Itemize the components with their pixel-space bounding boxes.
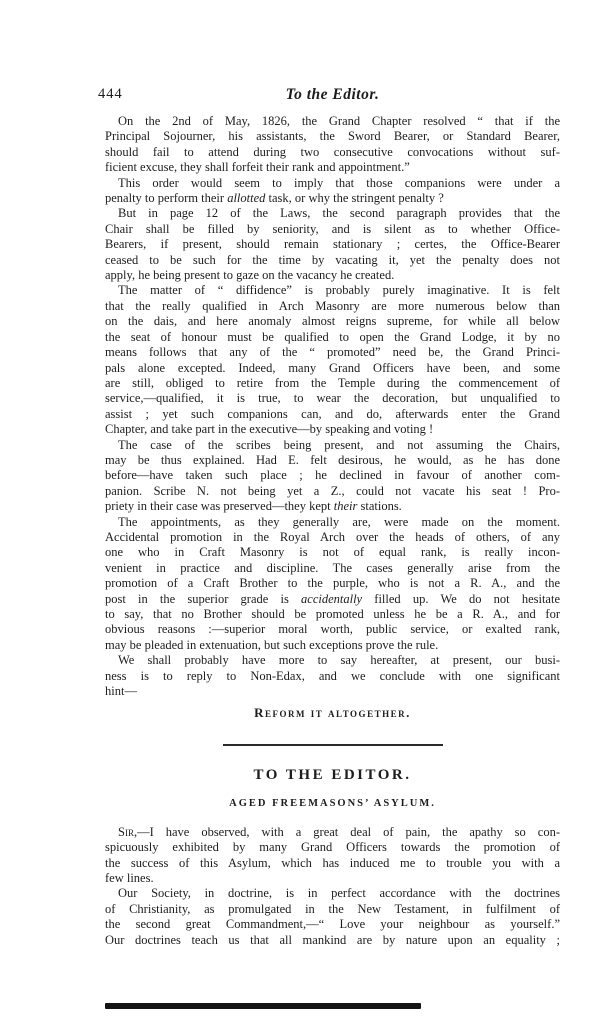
article-body: On the 2nd of May, 1826, the Grand Chapt… (105, 114, 560, 699)
paragraph: Our Society, in doctrine, is in perfect … (105, 886, 560, 948)
text-line: before—have taken such place ; he declin… (105, 468, 560, 483)
text-line: on the dais, and here anomaly almost rei… (105, 314, 560, 329)
text-line: Sir,—I have observed, with a great deal … (105, 825, 560, 840)
text-line: venient in practice and discipline. The … (105, 561, 560, 576)
text-line: means follows that any of the “ promoted… (105, 345, 560, 360)
text-line: to say, that no Brother should be promot… (105, 607, 560, 622)
text-line: panion. Scribe N. not being yet a Z., co… (105, 484, 560, 499)
text-line: of Christianity, as promulgated in the N… (105, 902, 560, 917)
running-head: 444 To the Editor. (105, 86, 560, 104)
paragraph: But in page 12 of the Laws, the second p… (105, 206, 560, 283)
text-line: hint— (105, 684, 560, 699)
text-line: the second great Commandment,—“ Love you… (105, 917, 560, 932)
text-line: Chapter, and take part in the executive—… (105, 422, 560, 437)
section-divider (223, 744, 443, 746)
text-line: pals alone excepted. Indeed, many Grand … (105, 361, 560, 376)
text-line: should fail to attend during two consecu… (105, 145, 560, 160)
page-number: 444 (98, 86, 123, 103)
text-line: The appointments, as they generally are,… (105, 515, 560, 530)
text-line: assist ; yet such companions can, and do… (105, 407, 560, 422)
text-line: The matter of “ diffidence” is probably … (105, 283, 560, 298)
text-line: apply, he being present to gaze on the v… (105, 268, 560, 283)
paragraph: The matter of “ diffidence” is probably … (105, 283, 560, 437)
section-heading: TO THE EDITOR. (105, 767, 560, 784)
text-line: the success of this Asylum, which has in… (105, 856, 560, 871)
paragraph: We shall probably have more to say herea… (105, 653, 560, 699)
text-line: Our doctrines teach us that all mankind … (105, 933, 560, 948)
closing-motto: Reform it altogether. (105, 705, 560, 720)
text-line: spicuously exhibited by many Grand Offic… (105, 840, 560, 855)
text-line: may be thus explained. Had E. felt desir… (105, 453, 560, 468)
text-column: 444 To the Editor. On the 2nd of May, 18… (105, 86, 560, 948)
text-line: ficient excuse, they shall forfeit their… (105, 160, 560, 175)
text-line: promotion of a Craft Brother to the purp… (105, 576, 560, 591)
text-line: penalty to perform their allotted task, … (105, 191, 560, 206)
running-title: To the Editor. (105, 86, 560, 104)
paragraph: The case of the scribes being present, a… (105, 438, 560, 515)
text-line: that the really qualified in Arch Masonr… (105, 299, 560, 314)
paragraph: This order would seem to imply that thos… (105, 176, 560, 207)
text-line: The case of the scribes being present, a… (105, 438, 560, 453)
text-line: Chair shall be filled by seniority, and … (105, 222, 560, 237)
text-line: few lines. (105, 871, 560, 886)
text-line: On the 2nd of May, 1826, the Grand Chapt… (105, 114, 560, 129)
text-line: priety in their case was preserved—they … (105, 499, 560, 514)
scanned-document-page: 444 To the Editor. On the 2nd of May, 18… (0, 0, 591, 1021)
paragraph: The appointments, as they generally are,… (105, 515, 560, 654)
text-line: We shall probably have more to say herea… (105, 653, 560, 668)
text-line: service,—qualified, it is true, to wear … (105, 391, 560, 406)
paragraph: Sir,—I have observed, with a great deal … (105, 825, 560, 887)
text-line: post in the superior grade is accidental… (105, 592, 560, 607)
text-line: the seat of honour must be qualified to … (105, 330, 560, 345)
text-line: Our Society, in doctrine, is in perfect … (105, 886, 560, 901)
text-line: one who in Craft Masonry is not of equal… (105, 545, 560, 560)
scan-artifact-bar (105, 1003, 421, 1009)
text-line: Bearers, if present, should remain stati… (105, 237, 560, 252)
text-line: ness is to reply to Non-Edax, and we con… (105, 669, 560, 684)
text-line: may be pleaded in extenuation, but such … (105, 638, 560, 653)
text-line: Principal Sojourner, his assistants, the… (105, 129, 560, 144)
letter-body: Sir,—I have observed, with a great deal … (105, 825, 560, 948)
section-subheading: AGED FREEMASONS’ ASYLUM. (105, 798, 560, 809)
text-line: obvious reasons :—superior moral worth, … (105, 622, 560, 637)
paragraph: On the 2nd of May, 1826, the Grand Chapt… (105, 114, 560, 176)
text-line: Accidental promotion in the Royal Arch o… (105, 530, 560, 545)
text-line: ceased to be such for the time by vacati… (105, 253, 560, 268)
text-line: are still, obliged to retire from the Te… (105, 376, 560, 391)
text-line: But in page 12 of the Laws, the second p… (105, 206, 560, 221)
text-line: This order would seem to imply that thos… (105, 176, 560, 191)
